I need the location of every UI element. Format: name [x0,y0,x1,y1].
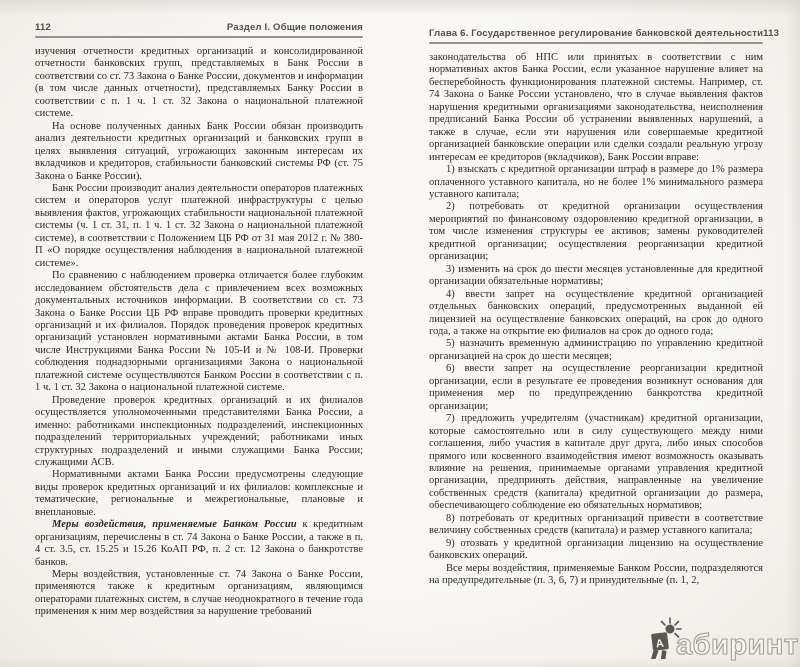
left-page-number: 112 [35,22,51,33]
labirint-watermark: А абиринт [648,604,800,662]
right-running-head: Глава 6. Государственное регулирование б… [429,28,763,39]
svg-text:А: А [655,638,664,651]
labirint-jester-icon: А [648,616,682,660]
right-running-head-title: Глава 6. Государственное регулирование б… [429,28,763,39]
paragraph: 7) предложить учредителям (участникам) к… [429,413,763,513]
paragraph: Банк России производит анализ деятельнос… [35,183,363,270]
paragraph: Меры воздействия, установленные ст. 74 З… [35,569,363,619]
right-header-rule [429,42,763,44]
paragraph: 9) отозвать у кредитной организации лице… [429,538,763,563]
paragraph: 5) назначить временную администрацию по … [429,338,763,363]
paragraph: изучения отчетности кредитных организаци… [35,46,363,121]
paragraph: 1) взыскать с кредитной организации штра… [429,164,763,201]
left-header-rule [35,36,363,38]
right-page-number: 113 [763,28,779,39]
paragraph: Проведение проверок кредитных организаци… [35,395,363,470]
paragraph: Нормативными актами Банка России предусм… [35,469,363,519]
paragraph: На основе полученных данных Банк России … [35,121,363,183]
right-page: Глава 6. Государственное регулирование б… [429,0,763,587]
paragraph: 4) ввести запрет на осуществление кредит… [429,289,763,339]
paragraph: 8) потребовать от кредитных организаций … [429,513,763,538]
left-page-text: изучения отчетности кредитных организаци… [35,46,363,619]
right-page-text: законодательства об НПС или принятых в с… [429,52,763,587]
paragraph: 2) потребовать от кредитной организации … [429,201,763,263]
paragraph: По сравнению с наблюдением проверка отли… [35,270,363,395]
paragraph: 6) ввести запрет на осуществление реорга… [429,363,763,413]
paragraph: законодательства об НПС или принятых в с… [429,52,763,164]
left-running-head-title: Раздел I. Общие положения [227,22,363,33]
left-running-head: 112 Раздел I. Общие положения [35,22,363,33]
paragraph: 3) изменить на срок до шести месяцев уст… [429,264,763,289]
left-page: 112 Раздел I. Общие положения изучения о… [35,0,363,619]
paragraph: Меры воздействия, применяемые Банком Рос… [35,519,363,569]
watermark-text: абиринт [676,629,799,662]
paragraph: Все меры воздействия, применяемые Банком… [429,563,763,588]
